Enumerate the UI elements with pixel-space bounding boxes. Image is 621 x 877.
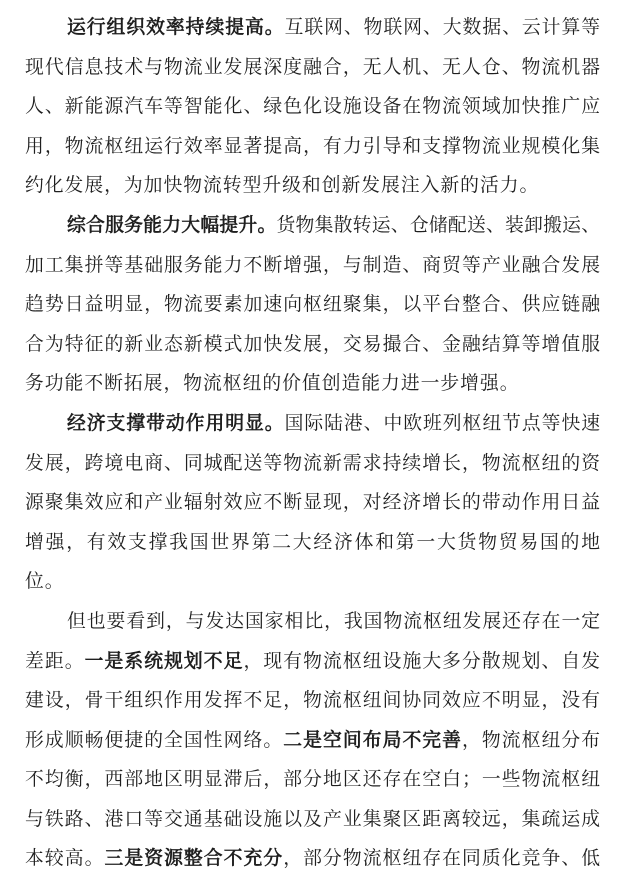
text-run: 约化发展，为加快物流转型升级和创新发展注入新的活力。 — [25, 175, 539, 196]
text-run: 趋势日益明显，物流要素加速向枢纽聚集，以平台整合、供应链融 — [25, 294, 600, 315]
document-body: 运行组织效率持续提高。互联网、物联网、大数据、云计算等现代信息技术与物流业发展深… — [25, 8, 600, 877]
text-line: 不均衡，西部地区明显滞后，部分地区还存在空白；一些物流枢纽 — [25, 760, 600, 800]
text-line: 务功能不断拓展，物流枢纽的价值创造能力进一步增强。 — [25, 364, 600, 404]
text-line: 但也要看到，与发达国家相比，我国物流枢纽发展还存在一定 — [25, 602, 600, 642]
text-line: 经济支撑带动作用明显。国际陆港、中欧班列枢纽节点等快速 — [25, 404, 600, 444]
text-run: 但也要看到，与发达国家相比，我国物流枢纽发展还存在一定 — [67, 611, 600, 632]
text-line: 趋势日益明显，物流要素加速向枢纽聚集，以平台整合、供应链融 — [25, 285, 600, 325]
text-line: 约化发展，为加快物流转型升级和创新发展注入新的活力。 — [25, 166, 600, 206]
text-run: 加工集拼等基础服务能力不断增强，与制造、商贸等产业融合发展 — [25, 255, 600, 276]
text-run: ，物流枢纽分布 — [462, 730, 600, 751]
text-run: 建设，骨干组织作用发挥不足，物流枢纽间协同效应不明显，没有 — [25, 690, 600, 711]
text-run: 国际陆港、中欧班列枢纽节点等快速 — [285, 413, 600, 434]
text-line: 与铁路、港口等交通基础设施以及产业集聚区距离较远，集疏运成 — [25, 800, 600, 840]
bold-text-run: 运行组织效率持续提高。 — [67, 17, 285, 38]
text-line: 加工集拼等基础服务能力不断增强，与制造、商贸等产业融合发展 — [25, 246, 600, 286]
text-line: 源聚集效应和产业辐射效应不断显现，对经济增长的带动作用日益 — [25, 483, 600, 523]
text-line: 差距。一是系统规划不足，现有物流枢纽设施大多分散规划、自发 — [25, 642, 600, 682]
text-run: 不均衡，西部地区明显滞后，部分地区还存在空白；一些物流枢纽 — [25, 769, 600, 790]
text-line: 位。 — [25, 562, 600, 602]
text-run: ，部分物流枢纽存在同质化竞争、低 — [283, 848, 600, 869]
text-run: 务功能不断拓展，物流枢纽的价值创造能力进一步增强。 — [25, 373, 520, 394]
text-run: 增强，有效支撑我国世界第二大经济体和第一大货物贸易国的地 — [25, 532, 600, 553]
bold-text-run: 三是资源整合不充分 — [104, 848, 283, 869]
text-run: 位。 — [25, 571, 65, 592]
bold-text-run: 综合服务能力大幅提升。 — [67, 215, 277, 236]
text-line: 本较高。三是资源整合不充分，部分物流枢纽存在同质化竞争、低 — [25, 839, 600, 877]
text-run: 用，物流枢纽运行效率显著提高，有力引导和支撑物流业规模化集 — [25, 136, 600, 157]
text-run: 源聚集效应和产业辐射效应不断显现，对经济增长的带动作用日益 — [25, 492, 600, 513]
text-run: 本较高。 — [25, 848, 104, 869]
text-run: ，现有物流枢纽设施大多分散规划、自发 — [244, 651, 601, 672]
text-line: 形成顺畅便捷的全国性网络。二是空间布局不完善，物流枢纽分布 — [25, 721, 600, 761]
bold-text-run: 经济支撑带动作用明显。 — [67, 413, 285, 434]
text-run: 与铁路、港口等交通基础设施以及产业集聚区距离较远，集疏运成 — [25, 809, 600, 830]
text-run: 合为特征的新业态新模式加快发展，交易撮合、金融结算等增值服 — [25, 334, 600, 355]
text-line: 发展，跨境电商、同城配送等物流新需求持续增长，物流枢纽的资 — [25, 444, 600, 484]
text-run: 形成顺畅便捷的全国性网络。 — [25, 730, 283, 751]
bold-text-run: 一是系统规划不足 — [85, 651, 244, 672]
text-line: 运行组织效率持续提高。互联网、物联网、大数据、云计算等 — [25, 8, 600, 48]
text-run: 发展，跨境电商、同城配送等物流新需求持续增长，物流枢纽的资 — [25, 453, 600, 474]
text-run: 现代信息技术与物流业发展深度融合，无人机、无人仓、物流机器 — [25, 57, 600, 78]
text-line: 人、新能源汽车等智能化、绿色化设施设备在物流领域加快推广应 — [25, 87, 600, 127]
document-page: 运行组织效率持续提高。互联网、物联网、大数据、云计算等现代信息技术与物流业发展深… — [0, 0, 621, 877]
text-line: 综合服务能力大幅提升。货物集散转运、仓储配送、装卸搬运、 — [25, 206, 600, 246]
bold-text-run: 二是空间布局不完善 — [283, 730, 462, 751]
text-line: 建设，骨干组织作用发挥不足，物流枢纽间协同效应不明显，没有 — [25, 681, 600, 721]
text-line: 增强，有效支撑我国世界第二大经济体和第一大货物贸易国的地 — [25, 523, 600, 563]
text-run: 差距。 — [25, 651, 85, 672]
text-line: 用，物流枢纽运行效率显著提高，有力引导和支撑物流业规模化集 — [25, 127, 600, 167]
text-line: 合为特征的新业态新模式加快发展，交易撮合、金融结算等增值服 — [25, 325, 600, 365]
text-run: 互联网、物联网、大数据、云计算等 — [285, 17, 600, 38]
text-line: 现代信息技术与物流业发展深度融合，无人机、无人仓、物流机器 — [25, 48, 600, 88]
text-run: 人、新能源汽车等智能化、绿色化设施设备在物流领域加快推广应 — [25, 96, 600, 117]
text-run: 货物集散转运、仓储配送、装卸搬运、 — [277, 215, 601, 236]
